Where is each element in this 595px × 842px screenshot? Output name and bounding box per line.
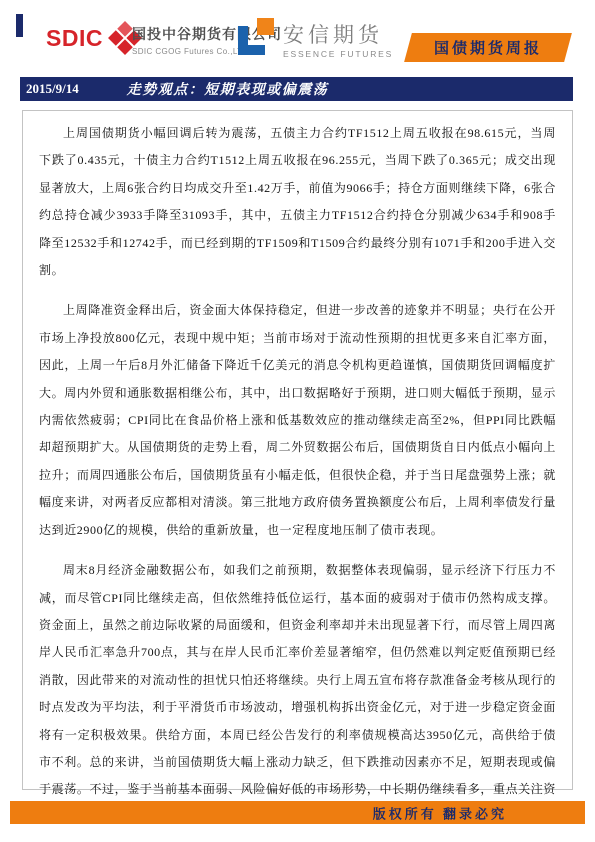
title-bar: 2015/9/14 走势观点：短期表现或偏震荡 xyxy=(20,77,573,101)
essence-logo-orange-square xyxy=(257,18,274,35)
essence-logo-blue-horizontal xyxy=(238,45,265,55)
paragraph-market-review: 上周国债期货小幅回调后转为震荡，五债主力合约TF1512上周五收报在98.615… xyxy=(39,120,556,284)
copyright-text: 版权所有 翻录必究 xyxy=(373,803,507,822)
left-accent-bar xyxy=(16,14,23,37)
content-box: 上周国债期货小幅回调后转为震荡，五债主力合约TF1512上周五收报在98.615… xyxy=(22,110,573,790)
essence-name-cn: 安信期货 xyxy=(283,24,393,47)
report-headline: 走势观点：短期表现或偏震荡 xyxy=(127,79,329,99)
paragraph-liquidity-data: 上周降准资金释出后，资金面大体保持稳定，但进一步改善的迹象并不明显；央行在公开市… xyxy=(39,297,556,544)
essence-name-en: ESSENCE FUTURES xyxy=(283,49,393,59)
report-type-badge-label: 国债期货周报 xyxy=(434,37,542,58)
report-page: SDIC 国投中谷期货有限公司 SDIC CGOG Futures Co.,LT… xyxy=(0,0,595,842)
report-date: 2015/9/14 xyxy=(20,81,79,97)
sdic-logo: SDIC xyxy=(46,26,137,50)
report-type-badge: 国债期货周报 xyxy=(404,33,572,62)
essence-logo-icon xyxy=(238,18,274,55)
footer-bar: 版权所有 翻录必究 xyxy=(10,801,585,824)
paragraph-outlook: 周末8月经济金融数据公布，如我们之前预期，数据整体表现偏弱，显示经济下行压力不减… xyxy=(39,557,556,831)
essence-block: 安信期货 ESSENCE FUTURES xyxy=(283,24,393,59)
sdic-logo-text: SDIC xyxy=(46,27,103,50)
